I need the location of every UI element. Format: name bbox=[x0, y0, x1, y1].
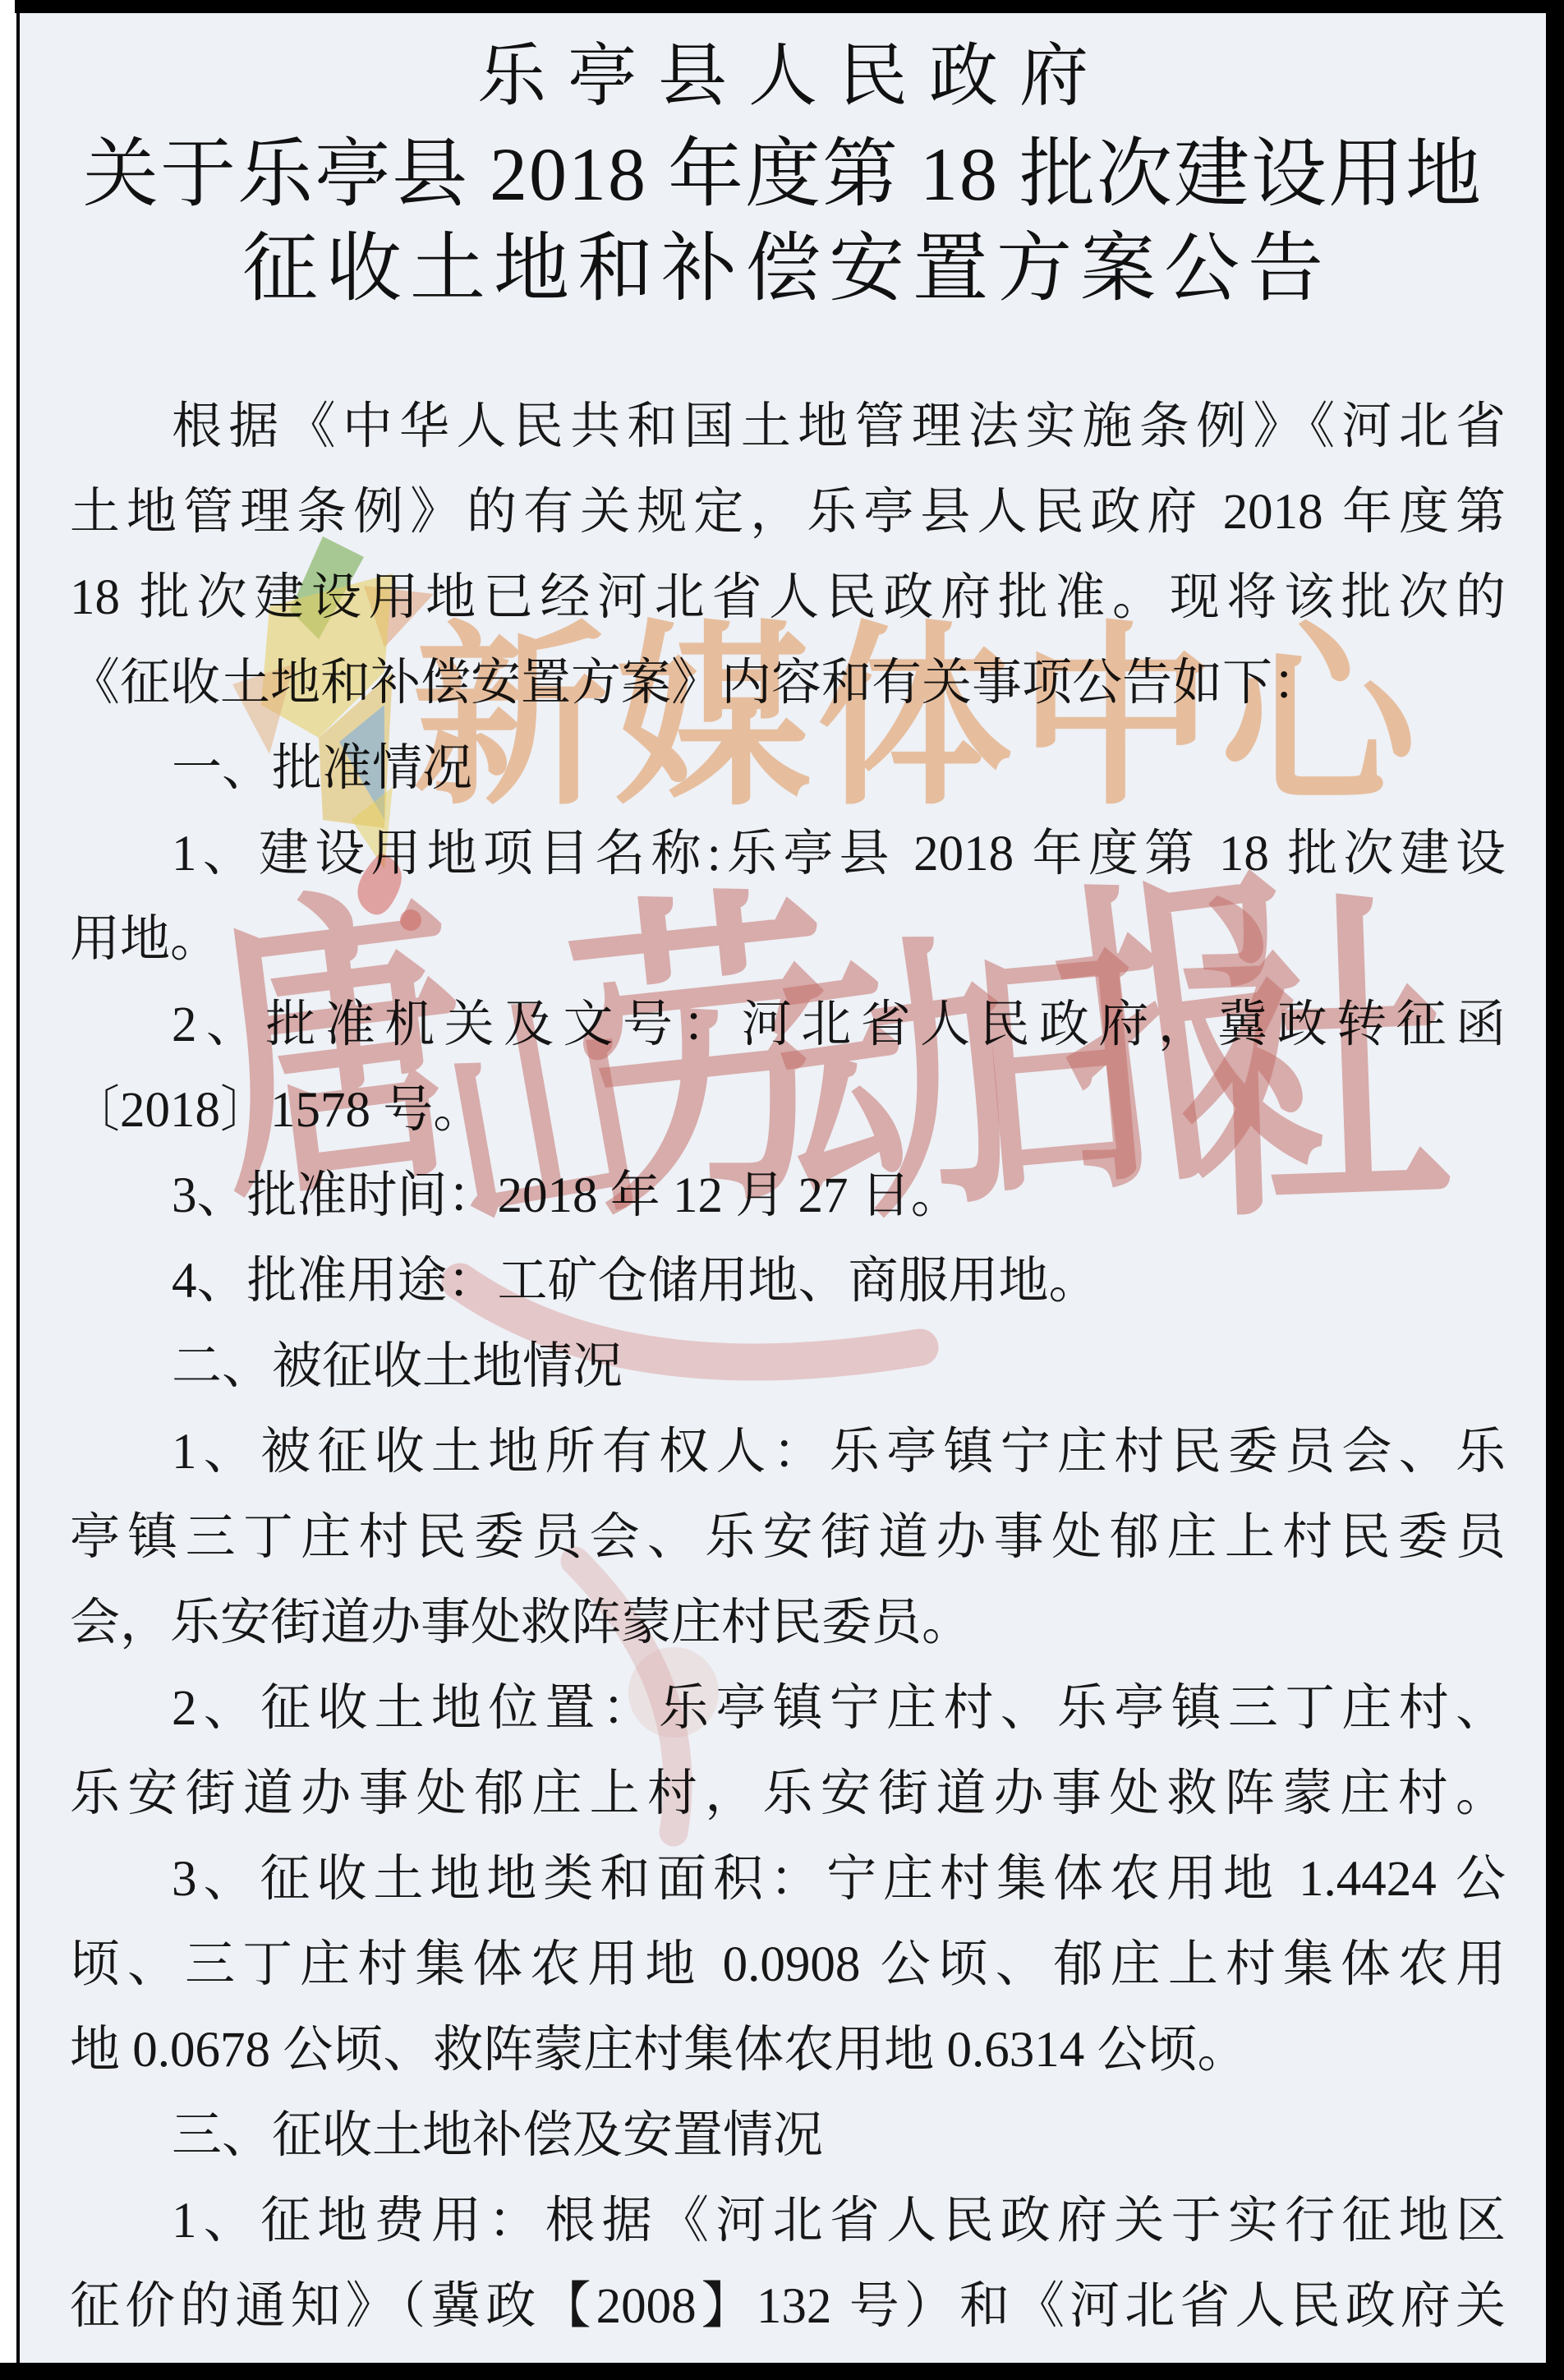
body-line: 3、征收土地地类和面积：宁庄村集体农用地 1.4424 公 bbox=[70, 1837, 1506, 1922]
body-line: 《征收土地和补偿安置方案》内容和有关事项公告如下： bbox=[70, 641, 1506, 726]
body-line: 1、建设用地项目名称:乐亭县 2018 年度第 18 批次建设 bbox=[70, 812, 1506, 897]
page-border-left bbox=[16, 12, 20, 2380]
body-line: 4、批准用途：工矿仓储用地、商服用地。 bbox=[70, 1239, 1506, 1324]
body-line: 会，乐安街道办事处救阵蒙庄村民委员。 bbox=[70, 1581, 1506, 1666]
body-line: 18 批次建设用地已经河北省人民政府批准。现将该批次的 bbox=[70, 555, 1506, 641]
document-title: 乐亭县人民政府 关于乐亭县 2018 年度第 18 批次建设用地 征收土地和补偿… bbox=[20, 28, 1546, 315]
body-line: 征价的通知》（冀政【2008】132 号）和《河北省人民政府关 bbox=[70, 2264, 1506, 2350]
body-line: 二、被征收土地情况 bbox=[70, 1324, 1506, 1410]
body-line: 2、批准机关及文号：河北省人民政府，冀政转征函 bbox=[70, 983, 1506, 1068]
body-line: 地 0.0678 公顷、救阵蒙庄村集体农用地 0.6314 公顷。 bbox=[70, 2008, 1506, 2093]
body-line: 一、批准情况 bbox=[70, 726, 1506, 812]
body-line: 乐安街道办事处郁庄上村，乐安街道办事处救阵蒙庄村。 bbox=[70, 1752, 1506, 1837]
title-line-subject-2: 征收土地和补偿安置方案公告 bbox=[20, 222, 1546, 315]
body-line: 根据《中华人民共和国土地管理法实施条例》《河北省 bbox=[70, 384, 1506, 470]
body-line: 3、批准时间：2018 年 12 月 27 日。 bbox=[70, 1153, 1506, 1239]
document-body: 根据《中华人民共和国土地管理法实施条例》《河北省土地管理条例》的有关规定，乐亭县… bbox=[70, 384, 1506, 2350]
scan-edge-right bbox=[1546, 0, 1564, 2380]
body-line: 三、征收土地补偿及安置情况 bbox=[70, 2093, 1506, 2179]
body-line: 用地。 bbox=[70, 897, 1506, 983]
title-line-subject-1: 关于乐亭县 2018 年度第 18 批次建设用地 bbox=[20, 127, 1546, 222]
scan-edge-bottom bbox=[0, 2363, 1564, 2380]
body-line: 2、征收土地位置：乐亭镇宁庄村、乐亭镇三丁庄村、 bbox=[70, 1666, 1506, 1752]
body-line: 〔2018〕1578 号。 bbox=[70, 1068, 1506, 1153]
body-line: 土地管理条例》的有关规定，乐亭县人民政府 2018 年度第 bbox=[70, 470, 1506, 555]
scan-edge-top bbox=[15, 0, 1564, 13]
body-line: 亭镇三丁庄村民委员会、乐安街道办事处郁庄上村民委员 bbox=[70, 1495, 1506, 1581]
body-line: 顷、三丁庄村集体农用地 0.0908 公顷、郁庄上村集体农用 bbox=[70, 1922, 1506, 2008]
body-line: 1、被征收土地所有权人：乐亭镇宁庄村民委员会、乐 bbox=[70, 1410, 1506, 1495]
body-line: 1、征地费用：根据《河北省人民政府关于实行征地区 bbox=[70, 2179, 1506, 2264]
title-line-authority: 乐亭县人民政府 bbox=[20, 28, 1546, 127]
